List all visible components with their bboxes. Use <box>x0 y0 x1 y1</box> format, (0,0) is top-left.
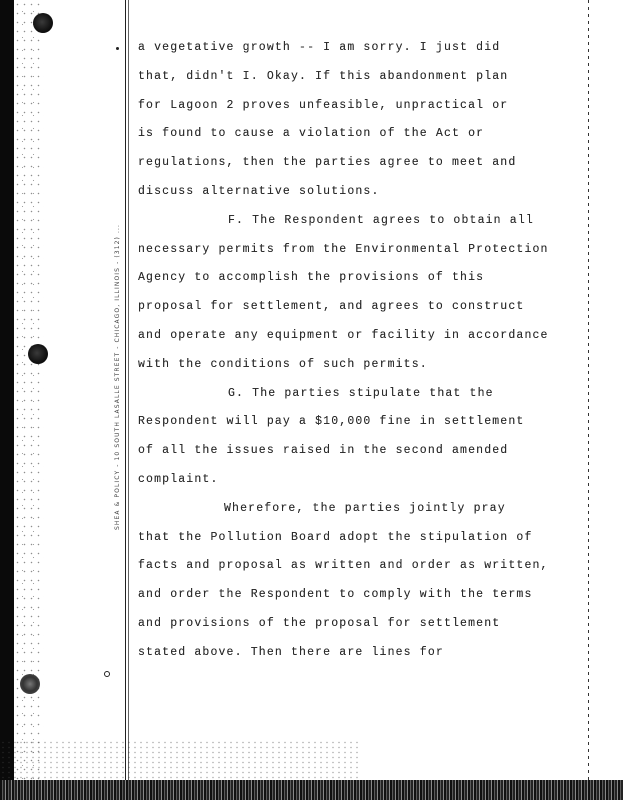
text-line: that, didn't I. Okay. If this abandonmen… <box>138 63 583 92</box>
punch-hole-icon <box>20 674 40 694</box>
punch-hole-icon <box>28 344 48 364</box>
transcript-body: a vegetative growth -- I am sorry. I jus… <box>138 34 583 668</box>
text-line: stated above. Then there are lines for <box>138 639 583 668</box>
text-line: complaint. <box>138 466 583 495</box>
text-line: regulations, then the parties agree to m… <box>138 149 583 178</box>
scan-edge-bottom <box>0 780 623 800</box>
punch-hole-icon <box>33 13 53 33</box>
wherefore-start: Wherefore, the parties jointly pray <box>138 495 583 524</box>
scan-edge-left <box>0 0 14 800</box>
text-line: a vegetative growth -- I am sorry. I jus… <box>138 34 583 63</box>
firm-imprint: SHEA & POLICY - 10 SOUTH LASALLE STREET … <box>114 130 121 530</box>
text-line: of all the issues raised in the second a… <box>138 437 583 466</box>
left-margin-rule <box>125 0 126 780</box>
text-line: proposal for settlement, and agrees to c… <box>138 293 583 322</box>
text-line: facts and proposal as written and order … <box>138 552 583 581</box>
paragraph-g-start: G. The parties stipulate that the <box>138 380 583 409</box>
text-line: that the Pollution Board adopt the stipu… <box>138 524 583 553</box>
scanned-page: SHEA & POLICY - 10 SOUTH LASALLE STREET … <box>0 0 623 800</box>
text-line: for Lagoon 2 proves unfeasible, unpracti… <box>138 92 583 121</box>
text-line: with the conditions of such permits. <box>138 351 583 380</box>
text-line: Agency to accomplish the provisions of t… <box>138 264 583 293</box>
text-line: and order the Respondent to comply with … <box>138 581 583 610</box>
left-margin-rule <box>128 0 129 780</box>
scan-noise-bottom <box>0 740 360 780</box>
right-margin-rule <box>588 0 589 780</box>
margin-mark <box>116 47 119 50</box>
text-line: discuss alternative solutions. <box>138 178 583 207</box>
text-line: necessary permits from the Environmental… <box>138 236 583 265</box>
text-line: Respondent will pay a $10,000 fine in se… <box>138 408 583 437</box>
margin-mark <box>104 671 110 677</box>
text-line: is found to cause a violation of the Act… <box>138 120 583 149</box>
text-line: and provisions of the proposal for settl… <box>138 610 583 639</box>
text-line: and operate any equipment or facility in… <box>138 322 583 351</box>
paragraph-f-start: F. The Respondent agrees to obtain all <box>138 207 583 236</box>
